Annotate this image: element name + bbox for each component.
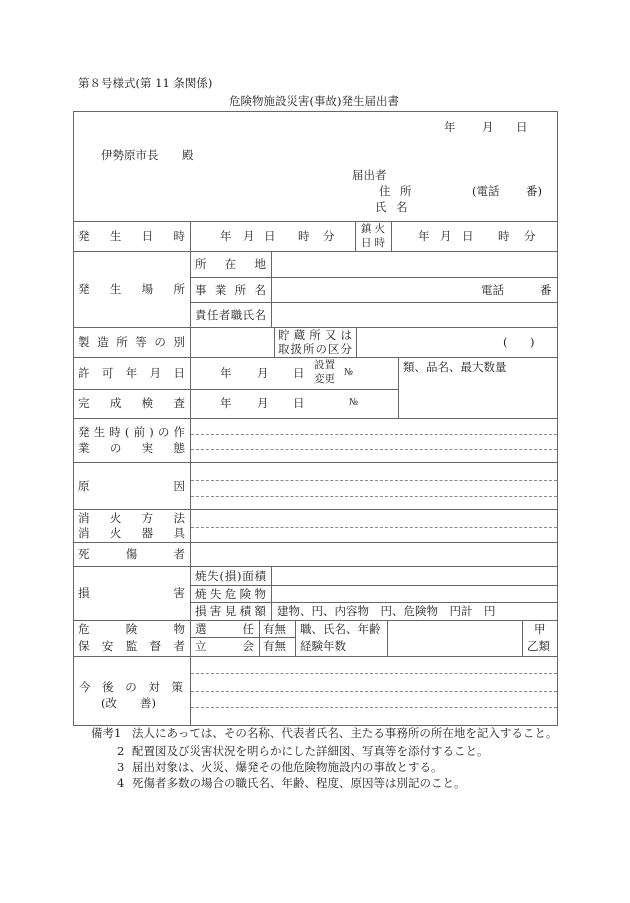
damage-estimate-value: 建物、円、内容物 円、危険物 円計 円 bbox=[277, 604, 496, 618]
date-year-label: 年 bbox=[444, 120, 456, 134]
divider bbox=[271, 251, 272, 327]
divider bbox=[190, 637, 295, 638]
divider bbox=[190, 221, 191, 725]
divider bbox=[190, 277, 557, 278]
divider bbox=[73, 462, 557, 463]
future-measures-label: 今後の対策 bbox=[79, 680, 183, 694]
extinguishing-equipment-label: 消火器具 bbox=[78, 526, 185, 540]
permit-date-label: 許可年月日 bbox=[78, 366, 185, 380]
facility-paren-open: ( bbox=[503, 335, 508, 349]
damage-estimate-label: 損害見積額 bbox=[195, 604, 266, 618]
divider bbox=[73, 251, 557, 252]
form-title: 危険物施設災害(事故)発生届出書 bbox=[229, 94, 399, 108]
addressee-honorific: 殿 bbox=[182, 148, 194, 162]
responsible-label: 責任者職氏名 bbox=[195, 308, 266, 322]
occurrence-hour: 時 bbox=[298, 229, 310, 243]
notifier-label: 届出者 bbox=[352, 168, 387, 182]
completion-inspection-label: 完成検査 bbox=[78, 396, 185, 410]
damage-label: 損害 bbox=[78, 586, 185, 600]
class-a-label: 甲 bbox=[534, 622, 546, 636]
divider bbox=[295, 620, 296, 656]
extinguished-year: 年 bbox=[418, 229, 430, 243]
inspection-day: 日 bbox=[293, 396, 305, 410]
future-measures-line-2[interactable] bbox=[191, 691, 557, 692]
future-measures-line-3[interactable] bbox=[191, 707, 557, 708]
divider bbox=[190, 602, 557, 603]
occurrence-minute: 分 bbox=[323, 229, 335, 243]
present-yes-no[interactable]: 有無 bbox=[263, 639, 286, 653]
occurrence-place-label: 発生場所 bbox=[78, 282, 185, 296]
date-day-label: 日 bbox=[516, 120, 528, 134]
occurrence-month: 月 bbox=[243, 229, 255, 243]
extinguished-label-1: 鎮火 bbox=[361, 222, 385, 236]
divider bbox=[274, 327, 275, 357]
divider bbox=[73, 221, 557, 222]
extinguished-month: 月 bbox=[440, 229, 452, 243]
inspection-year: 年 bbox=[220, 396, 232, 410]
occurrence-datetime-label: 発生日時 bbox=[78, 229, 185, 243]
note-number-3: 3 bbox=[117, 760, 124, 774]
supervisor-info-label-1: 職、氏名、年齢 bbox=[300, 622, 381, 636]
notifier-phone-open: (電話 bbox=[472, 184, 500, 198]
work-status-label-2: 業の実態 bbox=[78, 441, 185, 455]
extinguishing-method-label: 消火方法 bbox=[78, 511, 185, 525]
inspection-month: 月 bbox=[257, 396, 269, 410]
facility-type-label: 製造所等の別 bbox=[78, 335, 185, 349]
supervisor-label-1: 危険物 bbox=[78, 622, 185, 636]
divider bbox=[73, 566, 557, 567]
date-month-label: 月 bbox=[482, 120, 494, 134]
cause-line-1[interactable] bbox=[191, 480, 557, 481]
divider bbox=[259, 620, 260, 656]
work-status-line-2[interactable] bbox=[191, 449, 557, 450]
storage-label-1: 貯蔵所又は bbox=[278, 328, 352, 342]
divider bbox=[398, 357, 399, 418]
storage-label-2: 取扱所の区分 bbox=[278, 342, 352, 356]
divider bbox=[387, 620, 388, 656]
note-text-2: 配置図及び災害状況を明らかにした詳細図、写真等を添付すること。 bbox=[132, 744, 489, 758]
notifier-phone-close: 番) bbox=[526, 184, 542, 198]
extinguishing-line-1[interactable] bbox=[191, 527, 557, 528]
extinguished-minute: 分 bbox=[524, 229, 536, 243]
divider bbox=[355, 221, 356, 251]
appointed-yes-no[interactable]: 有無 bbox=[263, 622, 286, 636]
occurrence-day: 日 bbox=[264, 229, 276, 243]
addressee: 伊勢原市長 bbox=[101, 148, 159, 162]
install-label: 設置 bbox=[314, 358, 335, 372]
place-phone-suffix: 番 bbox=[540, 283, 552, 297]
form-number: 第８号様式(第 11 条関係) bbox=[78, 76, 212, 90]
casualties-label: 死傷者 bbox=[78, 547, 185, 561]
permit-number-label: № bbox=[344, 366, 353, 380]
divider bbox=[73, 542, 557, 543]
occurrence-year: 年 bbox=[220, 229, 232, 243]
business-name-label: 事業所名 bbox=[195, 283, 266, 297]
burned-area-label: 焼失(損)面積 bbox=[195, 569, 266, 583]
divider bbox=[522, 620, 523, 656]
divider bbox=[190, 585, 557, 586]
class-label: 類、品名、最大数量 bbox=[403, 360, 507, 374]
extinguished-hour: 時 bbox=[498, 229, 510, 243]
permit-year: 年 bbox=[220, 366, 232, 380]
cause-line-2[interactable] bbox=[191, 496, 557, 497]
permit-month: 月 bbox=[257, 366, 269, 380]
address-label-2: 所 bbox=[400, 184, 412, 198]
divider bbox=[271, 566, 272, 620]
cause-label: 原因 bbox=[78, 479, 185, 493]
work-status-label-1: 発生時(前)の作 bbox=[78, 425, 185, 439]
future-measures-line-1[interactable] bbox=[191, 673, 557, 674]
location-label: 所在地 bbox=[195, 257, 266, 271]
divider bbox=[73, 656, 557, 657]
address-label-1: 住 bbox=[379, 184, 391, 198]
permit-day: 日 bbox=[293, 366, 305, 380]
change-label: 変更 bbox=[314, 372, 335, 386]
name-label-1: 氏 bbox=[375, 200, 387, 214]
place-phone-label: 電話 bbox=[481, 283, 504, 297]
notes-prefix: 備考1 bbox=[91, 726, 121, 740]
future-measures-sub-label: (改 善) bbox=[101, 696, 156, 710]
note-text-4: 死傷者多数の場合の職氏名、年齢、程度、原因等は別記のこと。 bbox=[132, 776, 466, 790]
divider bbox=[73, 418, 557, 419]
note-text-3: 届出対象は、火災、爆発その他危険物施設内の事故とする。 bbox=[132, 760, 443, 774]
extinguished-day: 日 bbox=[462, 229, 474, 243]
divider bbox=[190, 302, 557, 303]
appointed-label: 選任 bbox=[195, 622, 254, 636]
supervisor-label-2: 保安監督者 bbox=[78, 639, 185, 653]
present-label: 立会 bbox=[195, 639, 254, 653]
class-b-label: 乙類 bbox=[527, 639, 550, 653]
note-text-1: 法人にあっては、その名称、代表者氏名、主たる事務所の所在地を記入すること。 bbox=[132, 726, 557, 740]
facility-paren-close: ) bbox=[530, 335, 535, 349]
supervisor-info-label-2: 経験年数 bbox=[300, 639, 346, 653]
divider bbox=[73, 509, 557, 510]
work-status-line-1[interactable] bbox=[191, 434, 557, 435]
divider bbox=[356, 327, 357, 357]
inspection-number-label: № bbox=[349, 396, 358, 410]
divider bbox=[391, 221, 392, 251]
name-label-2: 名 bbox=[396, 200, 408, 214]
divider bbox=[73, 620, 557, 621]
divider bbox=[73, 389, 398, 390]
burned-hazmat-label: 焼失危険物 bbox=[195, 587, 266, 601]
note-number-4: 4 bbox=[117, 776, 124, 790]
extinguished-label-2: 日時 bbox=[361, 236, 385, 250]
note-number-2: 2 bbox=[117, 744, 124, 758]
